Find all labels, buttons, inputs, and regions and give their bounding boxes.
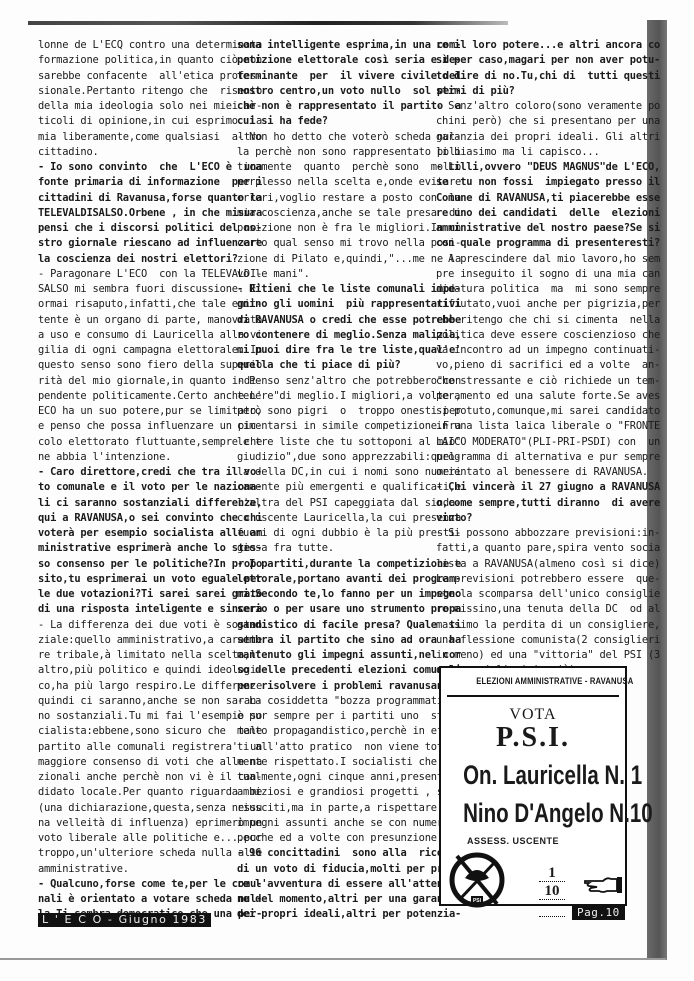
- text-line: co uscente Lauricella,la cui presenza: [237, 511, 432, 526]
- text-line: politica deve essere coscienzioso che: [436, 328, 636, 343]
- text-line: maggiore consenso di voti che alle na: [38, 755, 233, 770]
- text-line: rifiutato,vuoi anche per pigrizia,per: [436, 297, 636, 312]
- text-line: fonte primaria di informazione per i: [38, 175, 233, 190]
- text-line: mia liberamente,come qualsiasi altro: [38, 130, 233, 145]
- text-column-3: re il loro potere...e altri ancora così …: [436, 38, 636, 679]
- text-line: una flessione comunista(2 consiglieri: [436, 633, 636, 648]
- text-line: ziale:quello amministrativo,a caratte: [38, 633, 233, 648]
- text-line: didatura politica ma mi sono sempre: [436, 282, 636, 297]
- text-line: to dire di no.Tu,chi di tutti questi: [436, 69, 636, 84]
- text-line: orientato al benessere di RAVANUSA.: [436, 465, 636, 480]
- text-line: LAICO MODERATO"(PLI-PRI-PSDI) con un: [436, 435, 636, 450]
- text-line: ticoli di opinione,in cui esprimo la: [38, 114, 233, 129]
- text-line: TELEVALDISALSO.Orbene , in che misura: [38, 206, 233, 221]
- text-line: to comunale e il voto per le naziona-: [38, 480, 233, 495]
- text-line: SALSO mi sembra fuori discussione. E': [38, 282, 233, 297]
- text-line: peramento ed una salute forte.Se aves: [436, 389, 636, 404]
- text-line: amministrative.: [38, 862, 233, 877]
- text-line: terminante per il vivere civile del: [237, 69, 432, 84]
- text-line: pensi che i discorsi politici del no-: [38, 221, 233, 236]
- text-line: cialista:ebbene,sono sicuro che tale: [38, 724, 233, 739]
- text-line: lonne de L'ECQ contro una determinata: [38, 38, 233, 53]
- text-line: nali è orientato a votare scheda nul-: [38, 892, 233, 907]
- text-line: (una dichiarazione,questa,senza nessu: [38, 801, 233, 816]
- text-line: tualmente,ogni cinque anni,presentano: [237, 770, 432, 785]
- text-line: garanzia dei propri ideali. Gli altri: [436, 130, 636, 145]
- text-line: programma di alternativa e pur sempre: [436, 450, 636, 465]
- text-line: mantenuto gli impegni assunti,nel cor: [237, 648, 432, 663]
- text-line: le due votazioni?Ti sarei sarei grato: [38, 587, 233, 602]
- text-line: voterà per esempio socialista alle am: [38, 526, 233, 541]
- text-line: ticamente quanto perchè sono molto: [237, 160, 432, 175]
- text-line: - Lilli,ovvero "DEUS MAGNUS"de L'ECO,: [436, 160, 636, 175]
- text-line: - Non ho detto che voterò scheda nul-: [237, 130, 432, 145]
- text-column-1: lonne de L'ECQ contro una determinatafor…: [38, 38, 233, 923]
- text-line: pendente politicamente.Certo anche L': [38, 389, 233, 404]
- text-line: e penso che possa influenzare un pic-: [38, 419, 233, 434]
- text-line: gilia di ogni campagna elettorale. In: [38, 343, 233, 358]
- text-line: la perchè non sono rappresentato poli: [237, 145, 432, 160]
- text-line: co,ha più largo respiro.Le differenze: [38, 679, 233, 694]
- text-line: re il loro potere...e altri ancora co: [436, 38, 636, 53]
- text-line: - Chi vincerà il 27 giugno a RAVANUSA: [436, 480, 636, 495]
- text-line: voto liberale alle politiche e....pur: [38, 831, 233, 846]
- text-line: - Ritieni che le liste comunali impe-: [237, 282, 432, 297]
- text-line: camente più emergenti e qualificati,e: [237, 480, 432, 495]
- text-line: va incontro ad un impegno continuati-: [436, 343, 636, 358]
- text-line: in meno) ed una "vittoria" del PSI (3: [436, 648, 636, 663]
- text-line: le tre liste che tu sottoponi al mio": [237, 435, 432, 450]
- text-line: la della DC,in cui i nomi sono numeri: [237, 465, 432, 480]
- text-line: altro,più politico e quindi ideologi-: [38, 663, 233, 678]
- text-line: Le previsioni potrebbero essere que-: [436, 572, 636, 587]
- text-line: ECO ha un suo potere,pur se limitato,: [38, 404, 233, 419]
- text-line: sarebbe confacente all'etica profes-: [38, 69, 233, 84]
- ad-header: ELEZIONI AMMINISTRATIVE - RAVANUSA: [476, 676, 619, 686]
- pointing-hand-icon: [583, 873, 623, 895]
- text-line: didato locale.Per quanto riguarda me: [38, 785, 233, 800]
- text-line: ne del momento,altri per una garanzia: [237, 892, 432, 907]
- text-line: serio o per usare uno strumento propa: [237, 602, 432, 617]
- text-line: ro contenere di meglio.Senza malizia,: [237, 328, 432, 343]
- text-line: - 96 concittadini sono alla ricerca: [237, 846, 432, 861]
- text-line: chè non è rappresentato il partito a: [237, 99, 432, 114]
- text-line: se tu non fossi impiegato presso il: [436, 175, 636, 190]
- bottom-edge: [0, 958, 666, 960]
- text-line: formazione politica,in quanto ciò non: [38, 53, 233, 68]
- text-line: mi puoi dire fra le tre liste,qual'e': [237, 343, 432, 358]
- text-line: mi.Secondo te,lo fanno per un impegno: [237, 587, 432, 602]
- text-line: giosa fra tutte.: [237, 541, 432, 556]
- text-line: pecche ed a volte con presunzione.: [237, 831, 432, 846]
- text-line: questo senso sono fiero della superio: [38, 358, 233, 373]
- text-line: massimo la perdita di un consigliere,: [436, 618, 636, 633]
- text-line: colo elettorato fluttuante,sempre che: [38, 435, 233, 450]
- text-line: per risolvere i problemi ravanusani?: [237, 679, 432, 694]
- text-line: so delle precedenti elezioni comunali: [237, 663, 432, 678]
- text-line: re l'avventura di essere all'attenzio: [237, 877, 432, 892]
- text-line: vinto?: [436, 511, 636, 526]
- text-line: della mia ideologia solo nei miei ar-: [38, 99, 233, 114]
- ad-header-rule: [447, 695, 619, 697]
- text-line: re uno dei candidati delle elezioni: [436, 206, 636, 221]
- text-line: - Penso senz'altro che potrebbero"con: [237, 374, 432, 389]
- text-line: ormai risaputo,infatti,che tale emit-: [38, 297, 233, 312]
- text-line: di RAVANUSA o credi che esse potrebbe: [237, 313, 432, 328]
- text-line: lista a RAVANUSA(almeno così si dice): [436, 557, 636, 572]
- text-line: cimentarsi in simile competizione.Fra: [237, 419, 432, 434]
- ballot-number-2: 10: [539, 884, 565, 900]
- text-line: di una risposta inteligente e sincera: [38, 602, 233, 617]
- text-column-2: sona intelligente esprima,in una com-pet…: [237, 38, 432, 923]
- text-line: mia coscienza,anche se tale presa di: [237, 206, 432, 221]
- text-line: ste:la scomparsa dell'unico consiglie: [436, 587, 636, 602]
- text-line: tente è un organo di parte, manovrato: [38, 313, 233, 328]
- top-rule: [28, 21, 508, 25]
- text-line: ministrative esprimerà anche lo stes-: [38, 541, 233, 556]
- text-line: - Caro direttore,credi che tra il vo-: [38, 465, 233, 480]
- text-line: nostro centro,un voto nullo sol per-: [237, 84, 432, 99]
- text-line: zionali anche perchè non vi è il can-: [38, 770, 233, 785]
- text-line: però sono pigri o troppo onesti per: [237, 404, 432, 419]
- svg-text:PSI: PSI: [473, 898, 482, 904]
- text-line: - Si possono abbozzare previsioni:in-: [436, 526, 636, 541]
- text-line: a uso e consumo di Lauricella alla vi: [38, 328, 233, 343]
- newspaper-page: lonne de L'ECQ contro una determinatafor…: [0, 0, 694, 981]
- text-line: certo qual senso mi trovo nella posi-: [237, 236, 432, 251]
- text-line: - Paragonare L'ECO con la TELEVALDI-: [38, 267, 233, 282]
- text-line: re missino,una tenuta della DC od al: [436, 602, 636, 617]
- text-line: ti all'atto pratico non viene total-: [237, 740, 432, 755]
- text-line: la coscienza dei nostri elettori?: [38, 252, 233, 267]
- text-line: petizione elettorale così seria e de-: [237, 53, 432, 68]
- ad-party: P.S.I.: [441, 722, 625, 754]
- text-line: che stressante e ciò richiede un tem-: [436, 374, 636, 389]
- text-line: rità del mio giornale,in quanto indi-: [38, 374, 233, 389]
- text-line: - Qualcuno,forse come te,per le comu-: [38, 877, 233, 892]
- text-line: sì per caso,magari per non aver potu-: [436, 53, 636, 68]
- text-line: dei propri ideali,altri per potenzia-: [237, 907, 432, 922]
- text-line: giudizio",due sono apprezzabili:quel-: [237, 450, 432, 465]
- text-line: no sostanziali.Tu mi fai l'esempio so: [38, 709, 233, 724]
- text-line: pre inseguito il sogno di una mia can: [436, 267, 636, 282]
- text-line: di un voto di fiducia,molti per prova: [237, 862, 432, 877]
- text-line: ambiziosi e grandiosi progetti , sono: [237, 785, 432, 800]
- text-line: quella che ti piace di più?: [237, 358, 432, 373]
- text-line: mente rispettato.I socialisti che,pun: [237, 755, 432, 770]
- text-line: tenere"di meglio.I migliori,a volte ,: [237, 389, 432, 404]
- text-line: - Senz'altro coloro(sono veramente po: [436, 99, 636, 114]
- text-line: chè ritengo che chi si cimenta nella: [436, 313, 636, 328]
- footer-page-number: Pag.10: [572, 906, 625, 920]
- text-line: fuori di ogni dubbio è la più presti-: [237, 526, 432, 541]
- text-line: gnino gli uomini più rappresentativi: [237, 297, 432, 312]
- text-line: li ci saranno sostanziali differenze,: [38, 496, 233, 511]
- text-line: re tribale,à limitato nella scelta,l': [38, 648, 233, 663]
- text-line: sito,tu esprimerai un voto eguale per: [38, 572, 233, 587]
- psi-election-advertisement: ELEZIONI AMMINISTRATIVE - RAVANUSA VOTA …: [439, 666, 627, 906]
- psi-logo-icon: PSI: [447, 848, 507, 908]
- text-line: stimi di più?: [436, 84, 636, 99]
- text-line: vo le mani".: [237, 267, 432, 282]
- text-line: na velleità di influenza) eprimerò un: [38, 816, 233, 831]
- text-line: in una lista laica liberale o "FRONTE: [436, 419, 636, 434]
- text-line: cittadini di Ravanusa,forse quanto la: [38, 191, 233, 206]
- text-line: sembra il partito che sino ad ora ha: [237, 633, 432, 648]
- text-line: li biasimo ma li capisco...: [436, 145, 636, 160]
- footer-publication-title: L ' E C O - Giugno 1983: [38, 913, 211, 927]
- text-line: Comune di RAVANUSA,ti piacerebbe esse: [436, 191, 636, 206]
- text-line: o,come sempre,tutti diranno di avere: [436, 496, 636, 511]
- ad-candidate-role: ASSESS. USCENTE: [467, 836, 559, 846]
- text-line: l'altra del PSI capeggiata dal sinda-: [237, 496, 432, 511]
- text-line: vo,pieno di sacrifici ed a volte an-: [436, 358, 636, 373]
- ballot-blank-line: [539, 916, 565, 917]
- text-line: fatti,a quanto pare,spira vento socia: [436, 541, 636, 556]
- text-line: ne abbia l'intenzione.: [38, 450, 233, 465]
- text-line: qui a RAVANUSA,o sei convinto che chi: [38, 511, 233, 526]
- text-line: con quale programma di presenteresti?: [436, 236, 636, 251]
- text-line: cittadino.: [38, 145, 233, 160]
- text-line: cui si ha fede?: [237, 114, 432, 129]
- ballot-number-1: 1: [539, 866, 565, 882]
- text-line: - Io sono convinto che L'ECO è una: [38, 160, 233, 175]
- text-line: sona intelligente esprima,in una com-: [237, 38, 432, 53]
- text-line: mento propagandistico,perchè in effet: [237, 724, 432, 739]
- text-line: so consenso per le politiche?In propo: [38, 557, 233, 572]
- text-line: posizione non è fra le migliori.In un: [237, 221, 432, 236]
- text-line: - La cosiddetta "bozza programmatica": [237, 694, 432, 709]
- text-line: stro giornale riescano ad influenzare: [38, 236, 233, 251]
- text-line: perplesso nella scelta e,onde evitare: [237, 175, 432, 190]
- text-line: errori,voglio restare a posto con la: [237, 191, 432, 206]
- text-line: - A prescindere dal mio lavoro,ho sem: [436, 252, 636, 267]
- text-line: - La differenza dei due voti è sostan: [38, 618, 233, 633]
- text-line: zione di Pilato e,quindi,"...me ne la: [237, 252, 432, 267]
- text-line: è pur sempre per i partiti uno stru-: [237, 709, 432, 724]
- text-line: impegni assunti anche se con numerose: [237, 816, 432, 831]
- text-line: quindi ci saranno,anche se non saran-: [38, 694, 233, 709]
- text-line: troppo,un'ulteriore scheda nulla alle: [38, 846, 233, 861]
- text-line: amministrative del nostro paese?Se si: [436, 221, 636, 236]
- text-line: partito alle comunali registrera' un: [38, 740, 233, 755]
- ad-candidate-1: On. Lauricella N. 1: [463, 760, 603, 791]
- text-line: si potuto,comunque,mi sarei candidato: [436, 404, 636, 419]
- text-line: - I partiti,durante la competizione e: [237, 557, 432, 572]
- ad-candidate-2: Nino D'Angelo N.10: [463, 798, 603, 829]
- text-line: lettorale,portano avanti dei program-: [237, 572, 432, 587]
- text-line: chini però) che si presentano per una: [436, 114, 636, 129]
- text-line: gandistico di facile presa? Quale ti: [237, 618, 432, 633]
- text-line: riusciti,ma in parte,a rispettare gli: [237, 801, 432, 816]
- text-line: sionale.Pertanto ritengo che risento: [38, 84, 233, 99]
